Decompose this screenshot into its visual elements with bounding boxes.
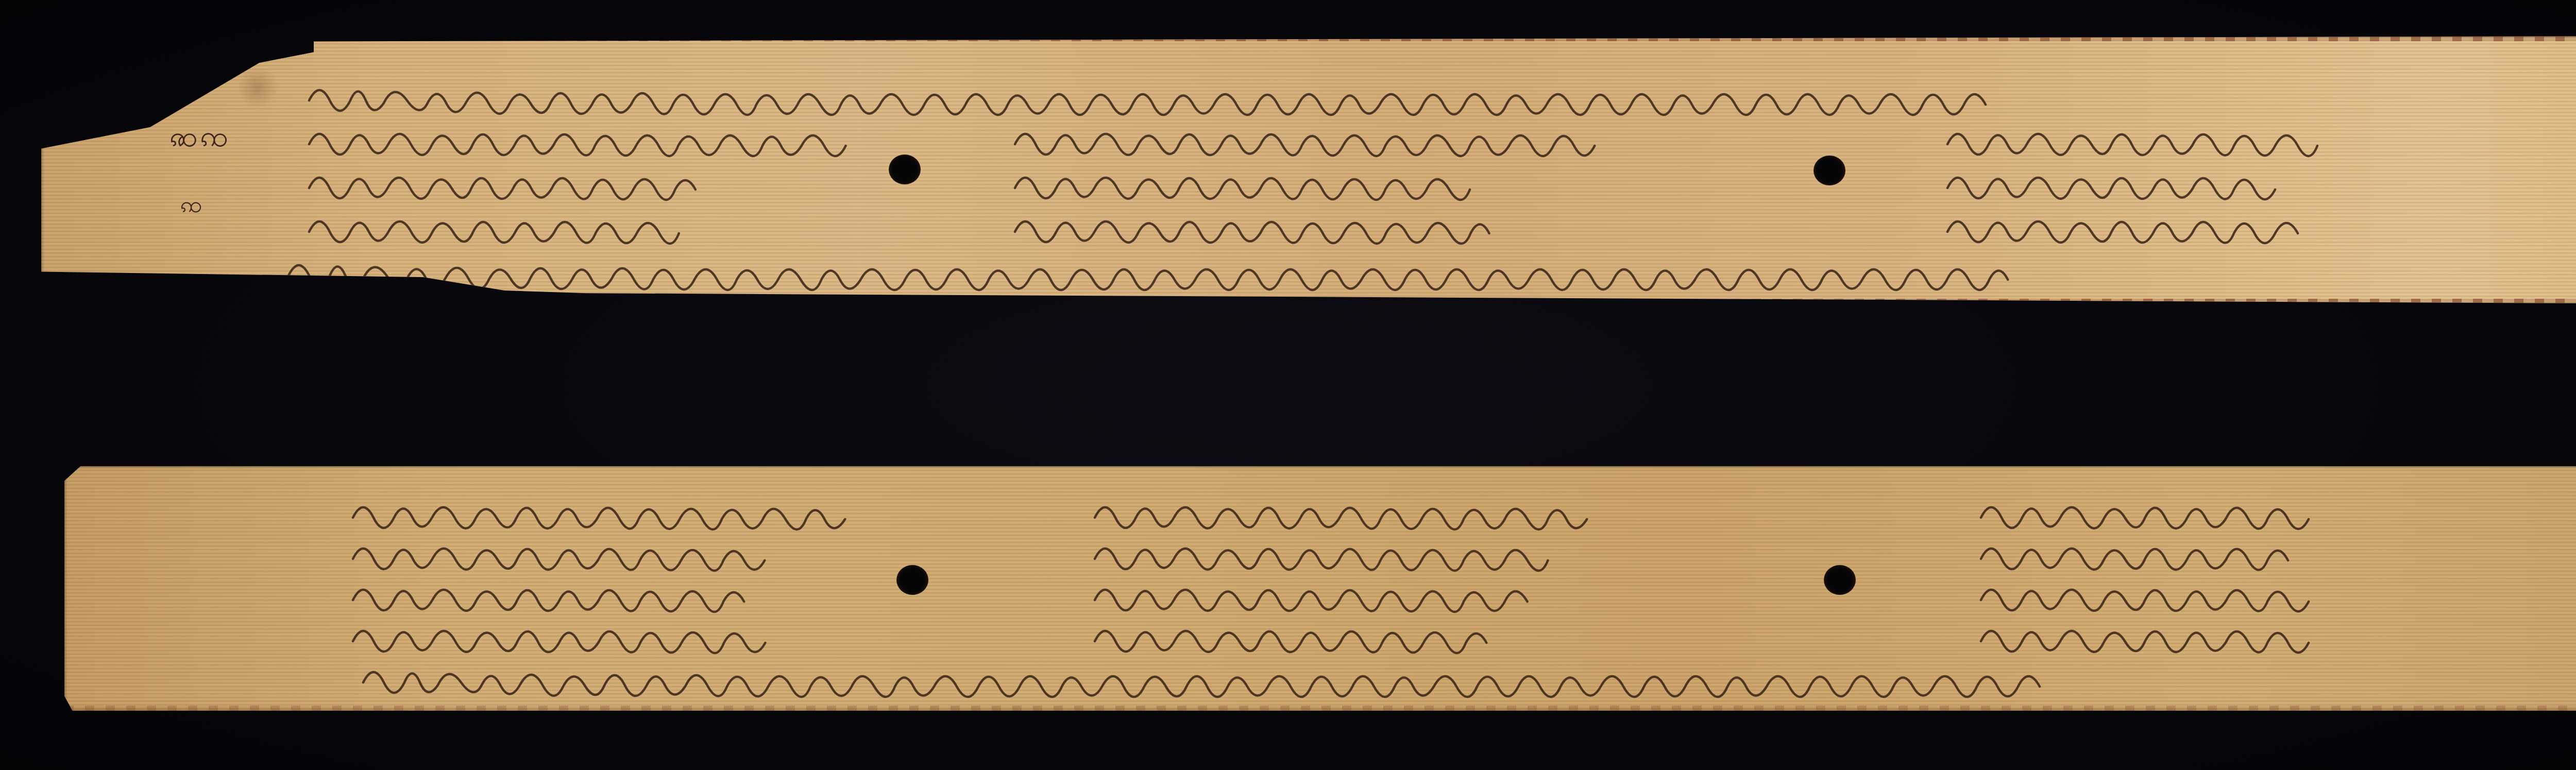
handwritten-script-icon (289, 247, 2561, 294)
handwritten-script-icon (1095, 531, 1809, 577)
handwritten-script-icon (353, 613, 1045, 659)
handwritten-script-icon (353, 572, 1024, 618)
script-line (309, 160, 921, 206)
page-number-marker: ꩣꩡ (170, 118, 230, 161)
palm-leaf-lower: Line 1 of Tai-script text (handwritten, … (64, 466, 2576, 711)
handwritten-script-icon (353, 489, 1067, 536)
leaf-edge-bottom (64, 706, 2576, 711)
script-line (1981, 572, 2522, 618)
handwritten-script-icon (1095, 613, 1787, 659)
handwritten-script-icon (1095, 489, 1809, 536)
leaf-edge-bottom (41, 299, 2576, 304)
script-line (309, 203, 943, 250)
handwritten-script-icon (363, 654, 2527, 700)
script-line (1981, 531, 2522, 577)
handwritten-script-icon (1015, 116, 1758, 162)
script-line (353, 489, 1067, 536)
palm-leaf-upper: ꩣꩡ ꩡ (41, 36, 2576, 304)
handwritten-script-icon (1981, 531, 2522, 577)
side-mark: ꩡ (180, 191, 205, 224)
handwritten-script-icon (1015, 160, 1758, 206)
script-text-block (309, 72, 2494, 299)
script-line (1095, 531, 1809, 577)
script-line (1015, 116, 1758, 162)
script-line (1015, 160, 1758, 206)
handwritten-script-icon (1015, 203, 1780, 250)
handwritten-script-icon (1095, 572, 1809, 618)
script-line (353, 613, 1045, 659)
handwritten-script-icon (309, 160, 921, 206)
handwritten-script-icon (1981, 572, 2522, 618)
handwritten-script-icon (309, 116, 1008, 162)
script-line (1981, 489, 2522, 536)
script-line (309, 72, 2494, 118)
script-line (1095, 489, 1809, 536)
script-line (289, 247, 2561, 294)
script-line (1095, 572, 1809, 618)
handwritten-script-icon (309, 72, 2494, 118)
script-line (1095, 613, 1787, 659)
handwritten-script-icon (309, 203, 943, 250)
script-line (1947, 116, 2494, 162)
script-line (1947, 203, 2494, 250)
handwritten-script-icon (1947, 203, 2494, 250)
script-line (1981, 613, 2522, 659)
handwritten-script-icon (1947, 116, 2494, 162)
handwritten-script-icon (353, 531, 1024, 577)
handwritten-script-icon (1981, 613, 2522, 659)
script-line (1015, 203, 1780, 250)
script-line (363, 654, 2527, 700)
leaf-stain (237, 67, 278, 108)
handwritten-script-icon (1947, 160, 2494, 206)
script-line (309, 116, 1008, 162)
leaf-edge-top (41, 36, 2576, 41)
script-line (353, 572, 1024, 618)
script-line (1947, 160, 2494, 206)
handwritten-script-icon (1981, 489, 2522, 536)
script-line (353, 531, 1024, 577)
script-text-block (353, 489, 2517, 706)
